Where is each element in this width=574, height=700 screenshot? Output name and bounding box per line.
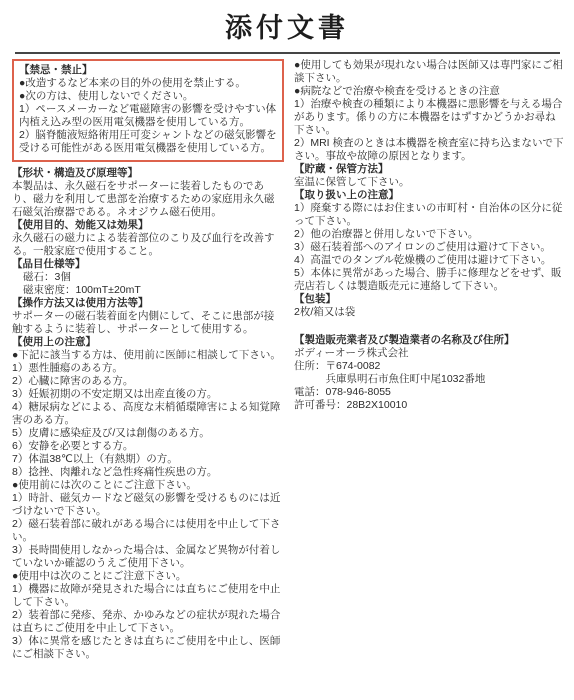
spec-flux-density: 磁束密度：100mT±20mT [12,284,284,297]
list-item: 1）時計、磁気カードなど磁気の影響を受けるものには近づけないで下さい。 [12,492,284,518]
text-line: サポーターの磁石装着面を内側にして、そこに患部が接触するように装着し、サポーター… [12,310,284,336]
list-item: 1）悪性腫瘍のある方。 [12,362,284,375]
text-line: ●使用前には次のことにご注意下さい。 [12,479,284,492]
list-item: 2）装着部に発疹、発赤、かゆみなどの症状が現れた場合は直ちにご使用を中止して下さ… [12,609,284,635]
title-divider [15,52,560,54]
section-manufacturer: 【製造販売業者及び製造業者の名称及び住所】 ボディーオーラ株式会社 住所：〒67… [294,334,566,412]
text-line: ●下記に該当する方は、使用前に医師に相談して下さい。 [12,349,284,362]
right-column: ●使用しても効果が現れない場合は医師又は専門家にご相談下さい。 ●病院などで治療… [294,59,566,661]
section-header-packaging: 【包装】 [294,293,566,306]
list-item: 6）安静を必要とする方。 [12,440,284,453]
list-item: 7）体温38℃以上（有熱期）の方。 [12,453,284,466]
section-header-operation-method: 【操作方法又は使用方法等】 [12,297,284,310]
manufacturer-name: ボディーオーラ株式会社 [294,347,566,360]
list-item: 1）機器に故障が発見された場合には直ちにご使用を中止して下さい。 [12,583,284,609]
list-item: 3）妊娠初期の不安定期又は出産直後の方。 [12,388,284,401]
list-item: 4）糖尿病などによる、高度な末梢循環障害による知覚障害のある方。 [12,401,284,427]
manufacturer-address: 兵庫県明石市魚住町中尾1032番地 [294,373,566,386]
section-header-shape-structure: 【形状・構造及び原理等】 [12,167,284,180]
list-item: 2）磁石装着部に破れがある場合には使用を中止して下さい。 [12,518,284,544]
section-operation-method: 【操作方法又は使用方法等】 サポーターの磁石装着面を内側にして、そこに患部が接触… [12,297,284,336]
text-line: ●使用しても効果が現れない場合は医師又は専門家にご相談下さい。 [294,59,566,85]
manufacturer-postal-code: 住所：〒674-0082 [294,360,566,373]
list-item: 1）治療や検査の種類により本機器に悪影響を与える場合があります。係りの方に本機器… [294,98,566,137]
section-header-usage-precautions: 【使用上の注意】 [12,336,284,349]
text-line: ●改造するなど本来の目的外の使用を禁止する。 [19,77,277,90]
document-title: 添付文書 [0,6,574,45]
section-specifications: 【品目仕様等】 磁石：3個 磁束密度：100mT±20mT [12,258,284,297]
section-intended-use: 【使用目的、効能又は効果】 永久磁石の磁力による装着部位のこり及び血行を改善する… [12,219,284,258]
section-packaging: 【包装】 2枚/箱又は袋 [294,293,566,319]
text-line: ●病院などで治療や検査を受けるときの注意 [294,85,566,98]
section-header-specifications: 【品目仕様等】 [12,258,284,271]
section-handling-precautions: 【取り扱い上の注意】 1）廃棄する際にはお住まいの市町村・自治体の区分に従って下… [294,189,566,293]
section-header-intended-use: 【使用目的、効能又は効果】 [12,219,284,232]
section-header-contraindications: 【禁忌・禁止】 [19,64,277,77]
text-line: 室温に保管して下さい。 [294,176,566,189]
section-shape-structure: 【形状・構造及び原理等】 本製品は、永久磁石をサポーターに装着したものであり、磁… [12,167,284,219]
section-usage-precautions: 【使用上の注意】 ●下記に該当する方は、使用前に医師に相談して下さい。 1）悪性… [12,336,284,661]
content-columns: 【禁忌・禁止】 ●改造するなど本来の目的外の使用を禁止する。 ●次の方は、使用し… [0,59,574,661]
list-item: 1）廃棄する際にはお住まいの市町村・自治体の区分に従って下さい。 [294,202,566,228]
list-item: 5）本体に異常があった場合、勝手に修理などをせず、販売店若しくは製造販売元に連絡… [294,267,566,293]
text-line: 1）ペースメーカーなど電磁障害の影響を受けやすい体内植え込み型の医用電気機器を使… [19,103,277,129]
section-effect-hospital-notes: ●使用しても効果が現れない場合は医師又は専門家にご相談下さい。 ●病院などで治療… [294,59,566,163]
text-line: 2枚/箱又は袋 [294,306,566,319]
text-line: 2）脳脊髄液短絡術用圧可変シャントなどの磁気影響を受ける可能性がある医用電気機器… [19,129,277,155]
list-item: 2）他の治療器と併用しないで下さい。 [294,228,566,241]
list-item: 4）高温でのタンブル乾燥機のご使用は避けて下さい。 [294,254,566,267]
list-item: 2）MRI 検査のときは本機器を検査室に持ち込まないで下さい。事故や故障の原因と… [294,137,566,163]
text-line: 本製品は、永久磁石をサポーターに装着したものであり、磁力を利用して患部を治療する… [12,180,284,219]
package-insert-page: 添付文書 【禁忌・禁止】 ●改造するなど本来の目的外の使用を禁止する。 ●次の方… [0,0,574,700]
contraindications-box: 【禁忌・禁止】 ●改造するなど本来の目的外の使用を禁止する。 ●次の方は、使用し… [12,59,284,162]
list-item: 3）磁石装着部へのアイロンのご使用は避けて下さい。 [294,241,566,254]
section-header-storage: 【貯蔵・保管方法】 [294,163,566,176]
text-line: 永久磁石の磁力による装着部位のこり及び血行を改善する。一般家庭で使用すること。 [12,232,284,258]
section-header-manufacturer: 【製造販売業者及び製造業者の名称及び住所】 [294,334,566,347]
spec-magnet-count: 磁石：3個 [12,271,284,284]
section-header-handling-precautions: 【取り扱い上の注意】 [294,189,566,202]
left-column: 【禁忌・禁止】 ●改造するなど本来の目的外の使用を禁止する。 ●次の方は、使用し… [12,59,284,661]
text-line: ●次の方は、使用しないでください。 [19,90,277,103]
text-line: ●使用中は次のことにご注意下さい。 [12,570,284,583]
manufacturer-license-number: 許可番号：28B2X10010 [294,399,566,412]
section-storage: 【貯蔵・保管方法】 室温に保管して下さい。 [294,163,566,189]
list-item: 3）長時間使用しなかった場合は、金属など異物が付着していないか確認のうえご使用下… [12,544,284,570]
list-item: 3）体に異常を感じたときは直ちにご使用を中止し、医師にご相談下さい。 [12,635,284,661]
manufacturer-phone: 電話：078-946-8055 [294,386,566,399]
list-item: 5）皮膚に感染症及び/又は創傷のある方。 [12,427,284,440]
list-item: 8）捻挫、肉離れなど急性疼痛性疾患の方。 [12,466,284,479]
list-item: 2）心臓に障害のある方。 [12,375,284,388]
